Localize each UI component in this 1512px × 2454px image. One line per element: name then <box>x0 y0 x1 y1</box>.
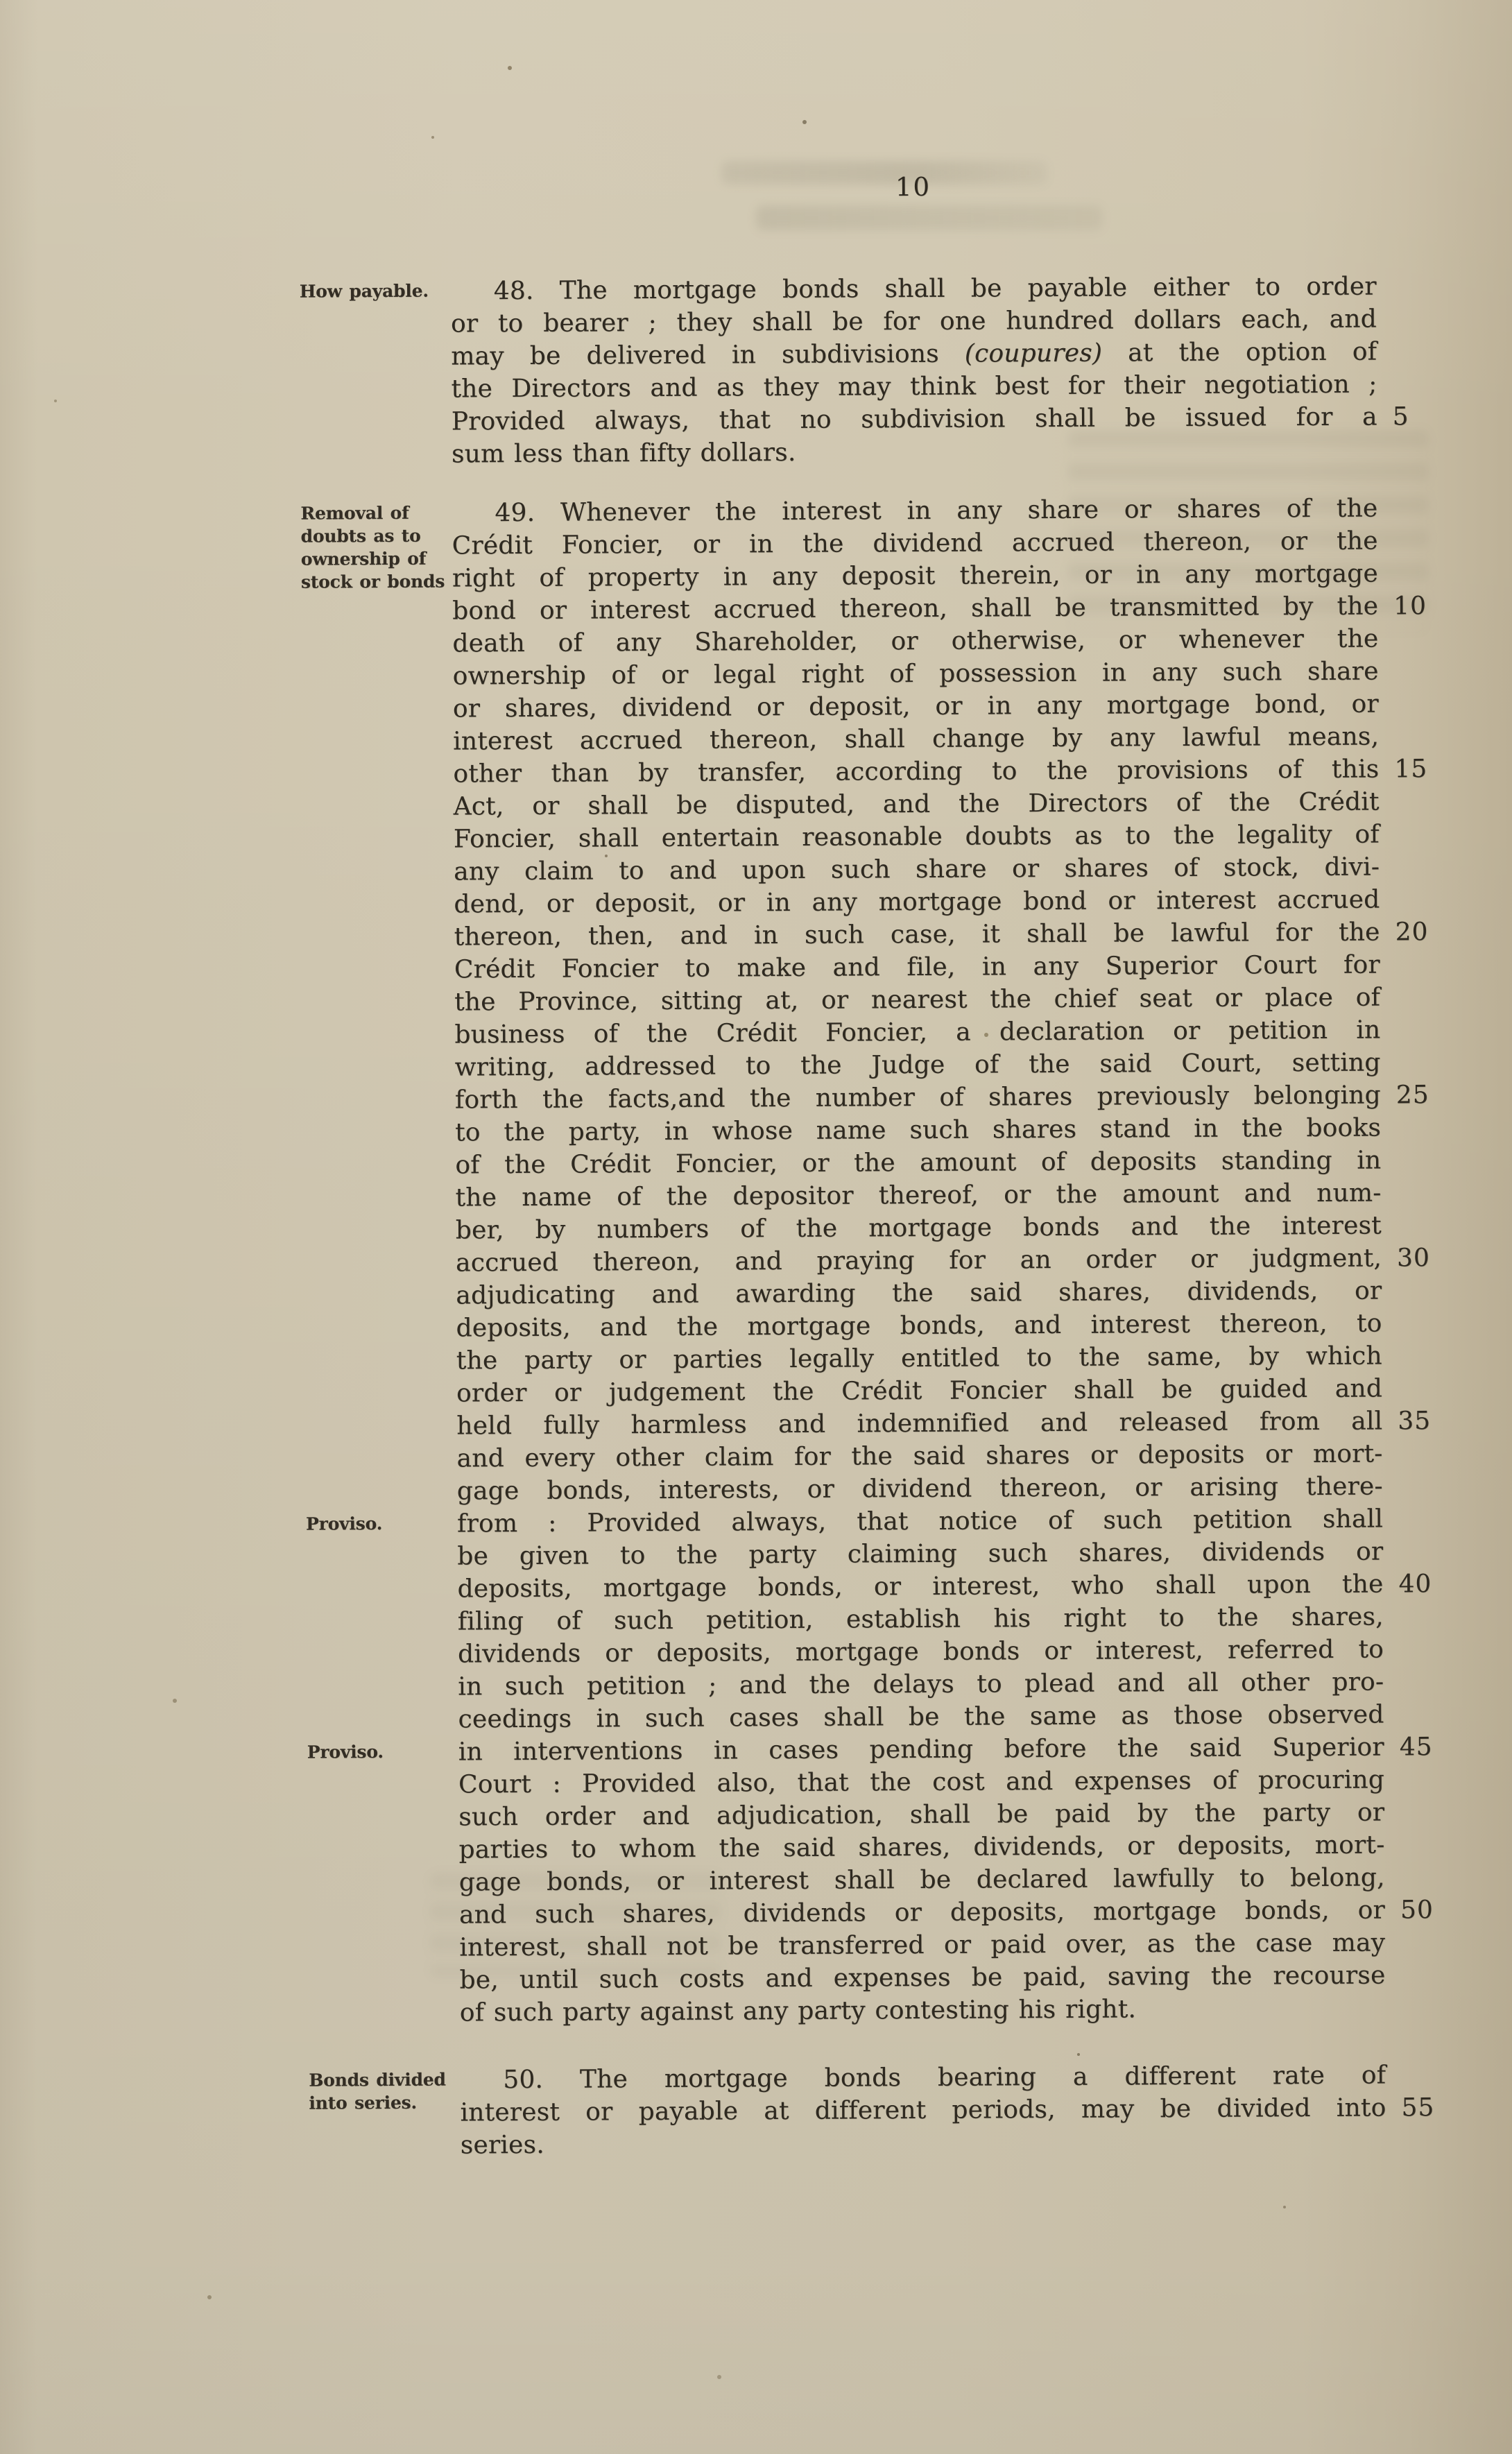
text-line-content: dend, or deposit, or in any mortgage bon… <box>454 886 1380 919</box>
text-line-content: from : Provided always, that notice of s… <box>457 1504 1383 1538</box>
text-line: the Province, sitting at, or nearest the… <box>454 981 1380 1019</box>
page-content: 10 48. The mortgage bonds shall be payab… <box>449 0 1389 2454</box>
text-line-content: interest, shall not be transferred or pa… <box>459 1928 1385 1962</box>
text-line: the party or parties legally entitled to… <box>456 1339 1382 1377</box>
text-line: sum less than fifty dollars. <box>452 434 1377 471</box>
text-line: in such petition ; and the delays to ple… <box>458 1665 1384 1703</box>
text-line: the name of the depositor thereof, or th… <box>456 1177 1382 1215</box>
text-line-content: parties to whom the said shares, dividen… <box>458 1830 1384 1864</box>
text-line-content: Court : Provided also, that the cost and… <box>458 1765 1384 1799</box>
text-line: ber, by numbers of the mortgage bonds an… <box>456 1210 1382 1247</box>
text-line: of such party against any party contesti… <box>460 1991 1386 2029</box>
text-line-content: thereon, then, and in such case, it shal… <box>454 918 1380 952</box>
text-line-content: 49. Whenever the interest in any share o… <box>495 495 1377 528</box>
margin-note-line: Proviso. <box>307 1740 446 1764</box>
text-line-content: any claim to and upon such share or shar… <box>454 853 1380 886</box>
text-line: Crédit Foncier, or in the dividend accru… <box>452 525 1378 563</box>
text-line-content: be given to the party claiming such shar… <box>457 1537 1383 1570</box>
margin-line-number: 10 <box>1393 590 1427 622</box>
margin-line-number: 50 <box>1400 1894 1434 1926</box>
text-line-content: in interventions in cases pending before… <box>458 1733 1384 1766</box>
text-line-content: right of property in any deposit therein… <box>452 560 1378 593</box>
text-line: forth the facts,and the number of shares… <box>455 1079 1381 1117</box>
text-line-content: accrued thereon, and praying for an orde… <box>456 1244 1382 1277</box>
text-line-content: order or judgement the Crédit Foncier sh… <box>456 1374 1382 1407</box>
text-line: of the Crédit Foncier, or the amount of … <box>455 1144 1381 1182</box>
text-line: 49. Whenever the interest in any share o… <box>452 492 1377 530</box>
margin-note-line: doubts as to <box>301 524 440 548</box>
text-line: and such shares, dividends or deposits, … <box>459 1894 1385 1931</box>
text-line-content: Act, or shall be disputed, and the Direc… <box>454 788 1380 821</box>
text-line-content: the party or parties legally entitled to… <box>456 1341 1382 1375</box>
text-line-content: interest accrued thereon, shall change b… <box>453 723 1379 756</box>
text-line: 48. The mortgage bonds shall be payable … <box>451 271 1377 308</box>
text-line-content: series. <box>461 2131 544 2160</box>
text-line-content: deposits, and the mortgage bonds, and in… <box>456 1309 1382 1342</box>
text-line-content: to the party, in whose name such shares … <box>455 1114 1381 1147</box>
text-line: parties to whom the said shares, dividen… <box>458 1828 1384 1866</box>
text-line-content: filing of such petition, establish his r… <box>458 1602 1384 1636</box>
margin-note: Proviso. <box>306 1512 445 1536</box>
text-line: ownership of or legal right of possessio… <box>453 655 1379 693</box>
text-line-content: forth the facts,and the number of shares… <box>455 1081 1381 1115</box>
text-line-content: Provided always, that no subdivision sha… <box>452 403 1377 436</box>
margin-note: Bonds dividedinto series. <box>309 2068 447 2115</box>
text-line-content: ownership of or legal right of possessio… <box>453 658 1379 691</box>
text-line-content: in such petition ; and the delays to ple… <box>458 1667 1384 1701</box>
text-line: adjudicating and awarding the said share… <box>456 1274 1382 1312</box>
paper-specks <box>0 0 3 3</box>
text-line: be given to the party claiming such shar… <box>457 1535 1383 1572</box>
text-line: dividends or deposits, mortgage bonds or… <box>458 1633 1384 1670</box>
text-line: series. <box>461 2124 1386 2161</box>
text-line-content: the name of the depositor thereof, or th… <box>456 1179 1382 1212</box>
text-line: deposits, mortgage bonds, or interest, w… <box>457 1568 1383 1605</box>
text-line: Foncier, shall entertain reasonable doub… <box>454 818 1380 856</box>
text-line: writing, addressed to the Judge of the s… <box>455 1047 1381 1084</box>
text-line: the Directors and as they may think best… <box>451 368 1377 406</box>
text-line: Act, or shall be disputed, and the Direc… <box>454 786 1380 823</box>
text-line: any claim to and upon such share or shar… <box>454 851 1380 889</box>
text-line-content: held fully harmless and indemnified and … <box>456 1407 1382 1440</box>
text-line-content: Crédit Foncier to make and file, in any … <box>454 951 1380 984</box>
text-line: from : Provided always, that notice of s… <box>457 1502 1383 1540</box>
margin-line-number: 45 <box>1400 1731 1433 1763</box>
text-line-content: or shares, dividend or deposit, or in an… <box>453 690 1379 723</box>
text-line: other than by transfer, according to the… <box>453 753 1379 791</box>
text-line: held fully harmless and indemnified and … <box>456 1405 1382 1442</box>
text-line-content: 48. The mortgage bonds shall be payable … <box>494 273 1377 306</box>
margin-line-number: 55 <box>1401 2091 1434 2124</box>
margin-note: Proviso. <box>307 1740 446 1764</box>
text-line-content: interest or payable at different periods… <box>460 2093 1386 2127</box>
scanned-page: 10 48. The mortgage bonds shall be payab… <box>0 0 1512 2454</box>
margin-line-number: 40 <box>1398 1568 1432 1600</box>
margin-note: How payable. <box>300 280 438 303</box>
text-line: business of the Crédit Foncier, a declar… <box>454 1014 1380 1052</box>
text-line: thereon, then, and in such case, it shal… <box>454 916 1380 954</box>
text-line: ceedings in such cases shall be the same… <box>458 1698 1384 1735</box>
margin-note-line: into series. <box>309 2091 447 2115</box>
text-line-content: business of the Crédit Foncier, a declar… <box>454 1016 1380 1049</box>
italic-term: (coupures) <box>965 339 1103 368</box>
margin-line-number: 5 <box>1393 400 1409 433</box>
text-line-content: deposits, mortgage bonds, or interest, w… <box>457 1570 1383 1603</box>
text-line-content: dividends or deposits, mortgage bonds or… <box>458 1635 1384 1668</box>
text-line: such order and adjudication, shall be pa… <box>458 1796 1384 1833</box>
text-line: gage bonds, or interest shall be declare… <box>459 1861 1385 1898</box>
text-line-content: other than by transfer, according to the… <box>453 755 1379 789</box>
text-block: 48. The mortgage bonds shall be payable … <box>451 271 1386 2162</box>
text-line-content: the Directors and as they may think best… <box>451 370 1377 404</box>
text-line: may be delivered in subdivisions (coupur… <box>451 336 1377 373</box>
margin-line-number: 15 <box>1394 753 1427 785</box>
text-line-content: Crédit Foncier, or in the dividend accru… <box>452 527 1378 560</box>
text-line: or to bearer ; they shall be for one hun… <box>451 303 1377 341</box>
text-line: be, until such costs and expenses be pai… <box>459 1959 1385 1996</box>
text-line: or shares, dividend or deposit, or in an… <box>453 688 1379 726</box>
text-line: 50. The mortgage bonds bearing a differe… <box>460 2059 1386 2096</box>
text-line: Provided always, that no subdivision sha… <box>452 401 1377 438</box>
text-line-content: of such party against any party contesti… <box>460 1995 1137 2027</box>
text-line: deposits, and the mortgage bonds, and in… <box>456 1307 1382 1344</box>
margin-note-line: ownership of <box>301 547 440 571</box>
text-line-content: gage bonds, interests, or dividend there… <box>457 1472 1383 1505</box>
text-line-content: bond or interest accrued thereon, shall … <box>452 592 1378 626</box>
text-line: interest accrued thereon, shall change b… <box>453 721 1379 758</box>
text-line: interest or payable at different periods… <box>460 2091 1386 2129</box>
text-line-content: ber, by numbers of the mortgage bonds an… <box>456 1212 1382 1245</box>
text-line: interest, shall not be transferred or pa… <box>459 1926 1385 1964</box>
text-line: order or judgement the Crédit Foncier sh… <box>456 1372 1382 1409</box>
page-number: 10 <box>450 170 1376 205</box>
margin-line-number: 30 <box>1397 1242 1430 1274</box>
margin-line-number: 20 <box>1395 916 1429 948</box>
text-line: Crédit Foncier to make and file, in any … <box>454 949 1380 986</box>
text-line: dend, or deposit, or in any mortgage bon… <box>454 884 1380 921</box>
text-line-content: gage bonds, or interest shall be declare… <box>459 1863 1385 1896</box>
margin-note: Removal ofdoubts as toownership ofstock … <box>300 501 440 594</box>
text-line: in interventions in cases pending before… <box>458 1731 1384 1768</box>
text-line-content: adjudicating and awarding the said share… <box>456 1276 1382 1310</box>
text-line-content: sum less than fifty dollars. <box>452 438 796 469</box>
text-line-content: of the Crédit Foncier, or the amount of … <box>455 1147 1381 1180</box>
text-line: Court : Provided also, that the cost and… <box>458 1763 1384 1801</box>
text-line: accrued thereon, and praying for an orde… <box>456 1242 1382 1279</box>
text-line: filing of such petition, establish his r… <box>458 1600 1384 1638</box>
text-line-content: may be delivered in subdivisions (coupur… <box>451 338 1377 371</box>
text-line-content: such order and adjudication, shall be pa… <box>458 1798 1384 1831</box>
margin-note-line: Proviso. <box>306 1512 445 1536</box>
text-line: bond or interest accrued thereon, shall … <box>452 590 1378 628</box>
text-line-content: and such shares, dividends or deposits, … <box>459 1896 1385 1929</box>
text-line: gage bonds, interests, or dividend there… <box>457 1470 1383 1507</box>
text-line-content: the Province, sitting at, or nearest the… <box>454 984 1380 1017</box>
text-line-content: or to bearer ; they shall be for one hun… <box>451 305 1377 338</box>
margin-line-number: 35 <box>1398 1405 1431 1437</box>
text-line-content: be, until such costs and expenses be pai… <box>459 1961 1385 1994</box>
text-line: death of any Shareholder, or otherwise, … <box>452 623 1378 660</box>
text-line-content: ceedings in such cases shall be the same… <box>458 1700 1384 1733</box>
text-line-content: writing, addressed to the Judge of the s… <box>455 1049 1381 1082</box>
text-line-content: and every other claim for the said share… <box>456 1439 1382 1473</box>
text-line-content: Foncier, shall entertain reasonable doub… <box>454 821 1380 854</box>
text-line-content: death of any Shareholder, or otherwise, … <box>452 625 1378 658</box>
margin-line-number: 25 <box>1396 1079 1429 1111</box>
margin-note-line: Removal of <box>300 501 439 525</box>
margin-note-line: stock or bonds <box>301 570 440 594</box>
margin-note-line: How payable. <box>300 280 438 303</box>
text-line: right of property in any deposit therein… <box>452 558 1378 595</box>
text-line: to the party, in whose name such shares … <box>455 1112 1381 1149</box>
page-right-edge-shadow <box>1436 0 1512 2454</box>
margin-note-line: Bonds divided <box>309 2068 447 2092</box>
text-line: and every other claim for the said share… <box>456 1437 1382 1475</box>
text-line-content: 50. The mortgage bonds bearing a differe… <box>503 2061 1386 2094</box>
